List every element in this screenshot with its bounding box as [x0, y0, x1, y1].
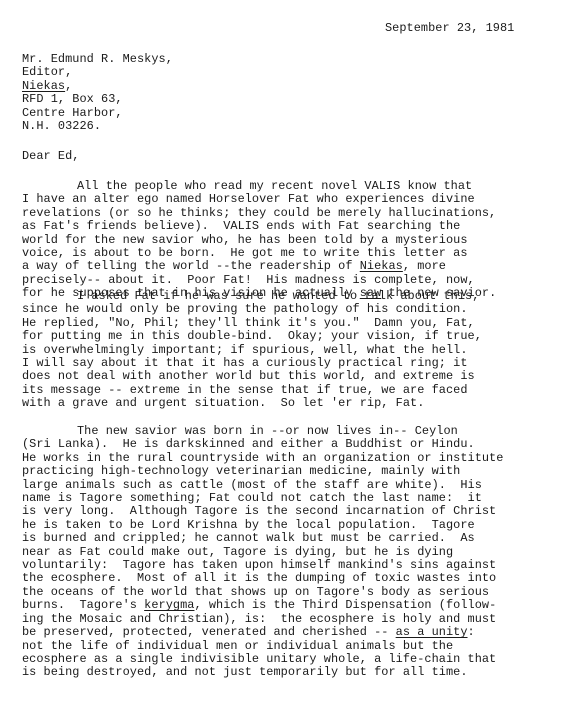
text-line: burns. Tagore's kerygma, which is the Th…: [22, 599, 503, 612]
recipient-address: Mr. Edmund R. Meskys,Editor,Niekas,RFD 1…: [22, 53, 173, 133]
paragraph-1: All the people who read my recent novel …: [22, 180, 496, 301]
text-line: near as Fat could make out, Tagore is dy…: [22, 546, 503, 559]
address-line: Mr. Edmund R. Meskys,: [22, 53, 173, 66]
paragraph-2: I asked Fat if he was sure he wanted to …: [22, 290, 482, 411]
text-line: voluntarily: Tagore has taken upon himse…: [22, 559, 503, 572]
text-line: the oceans of the world that shows up on…: [22, 586, 503, 599]
text-line: since he would only be proving the patho…: [22, 303, 482, 316]
address-line: Centre Harbor,: [22, 107, 173, 120]
text-line: he is taken to be Lord Krishna by the lo…: [22, 519, 503, 532]
text-line: be preserved, protected, venerated and c…: [22, 626, 503, 639]
text-line: revelations (or so he thinks; they could…: [22, 207, 496, 220]
text-line: world for the new savior who, he has bee…: [22, 234, 496, 247]
address-line: Niekas,: [22, 80, 173, 93]
text-line: not the life of individual men or indivi…: [22, 640, 503, 653]
text-line: is being destroyed, and not just tempora…: [22, 666, 503, 679]
text-line: with a grave and urgent situation. So le…: [22, 397, 482, 410]
text-line: He replied, "No, Phil; they'll think it'…: [22, 317, 482, 330]
text-line: I have an alter ego named Horselover Fat…: [22, 193, 496, 206]
salutation: Dear Ed,: [22, 150, 79, 163]
text-line: its message -- extreme in the sense that…: [22, 384, 482, 397]
underlined-text: Niekas: [360, 259, 403, 273]
text-line: is burned and crippled; he cannot walk b…: [22, 532, 503, 545]
address-line: Editor,: [22, 66, 173, 79]
letter-date: September 23, 1981: [385, 22, 514, 35]
text-line: practicing high-technology veterinarian …: [22, 465, 503, 478]
text-line: (Sri Lanka). He is darkskinned and eithe…: [22, 438, 503, 451]
text-line: the ecosphere. Most of all it is the dum…: [22, 572, 503, 585]
text-line: voice, is about to be born. He got me to…: [22, 247, 496, 260]
address-line: N.H. 03226.: [22, 120, 173, 133]
letter-page: September 23, 1981 Mr. Edmund R. Meskys,…: [0, 0, 568, 718]
text-line: I asked Fat if he was sure he wanted to …: [22, 290, 482, 303]
underlined-text: Niekas: [22, 79, 65, 93]
text-line: as Fat's friends believe). VALIS ends wi…: [22, 220, 496, 233]
text-line: is overwhelmingly important; if spurious…: [22, 344, 482, 357]
text-line: ecosphere as a single indivisible unitar…: [22, 653, 503, 666]
text-line: does not deal with another world but thi…: [22, 370, 482, 383]
text-line: The new savior was born in --or now live…: [22, 425, 503, 438]
text-line: ing the Mosaic and Christian), is: the e…: [22, 613, 503, 626]
text-line: large animals such as cattle (most of th…: [22, 479, 503, 492]
address-line: RFD 1, Box 63,: [22, 93, 173, 106]
underlined-text: as a unity: [396, 625, 468, 639]
text-line: for putting me in this double-bind. Okay…: [22, 330, 482, 343]
text-line: is very long. Although Tagore is the sec…: [22, 505, 503, 518]
text-line: precisely-- about it. Poor Fat! His madn…: [22, 274, 496, 287]
text-line: I will say about it that it has a curiou…: [22, 357, 482, 370]
underlined-text: kerygma: [144, 598, 194, 612]
paragraph-3: The new savior was born in --or now live…: [22, 425, 503, 680]
text-line: name is Tagore something; Fat could not …: [22, 492, 503, 505]
text-line: a way of telling the world --the readers…: [22, 260, 496, 273]
text-line: All the people who read my recent novel …: [22, 180, 496, 193]
text-line: He works in the rural countryside with a…: [22, 452, 503, 465]
